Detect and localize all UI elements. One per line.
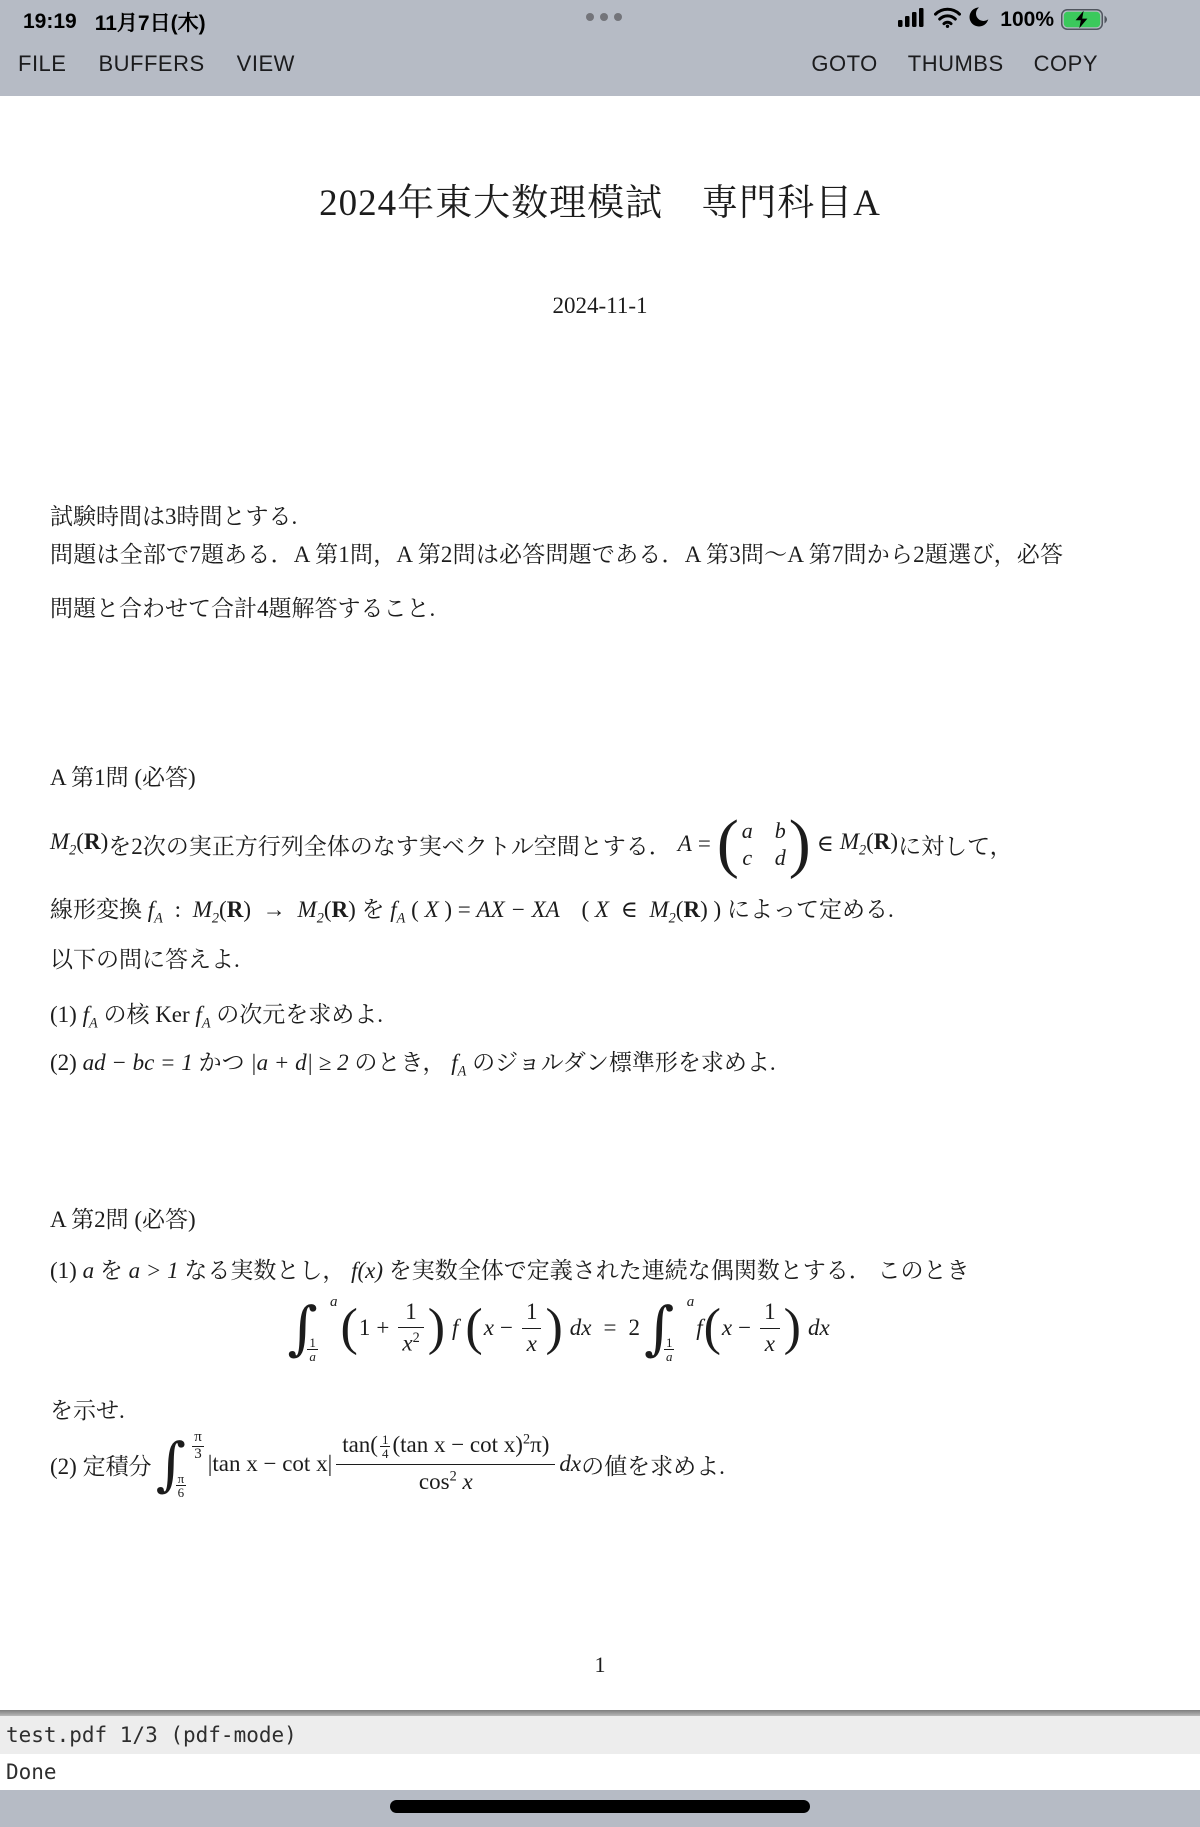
problem1-statement-line1: M2(R) を2次の実正方行列全体のなす実ベクトル空間とする． A = ( ab… bbox=[50, 802, 1013, 886]
math-f: f bbox=[452, 1315, 458, 1341]
item-number: (2) 定積分 bbox=[50, 1448, 152, 1481]
problem2-item2: (2) 定積分 ∫ π3 π6 |tan x − cot x| tan(14(t… bbox=[50, 1424, 725, 1504]
math-dx: dx bbox=[570, 1315, 592, 1341]
fraction-1-over-x: 1 x bbox=[522, 1299, 542, 1357]
item-text: かつ bbox=[199, 1050, 251, 1075]
math-M2R: M2(R) bbox=[298, 897, 356, 922]
menu-thumbs[interactable]: THUMBS bbox=[908, 51, 1004, 77]
math-paren: ) bbox=[714, 897, 722, 922]
math-M2R: M2(R) bbox=[840, 829, 898, 860]
item-text: のとき， bbox=[354, 1050, 451, 1075]
document-date: 2024-11-1 bbox=[0, 293, 1200, 319]
problem1-text-5: によって定める. bbox=[727, 897, 894, 922]
math-A: A bbox=[678, 831, 692, 857]
pdf-page[interactable]: 2024年東大数理模試 専門科目A 2024-11-1 試験時間は3時間とする.… bbox=[0, 96, 1200, 1710]
math-f: f bbox=[696, 1315, 702, 1341]
problem1-text-4: を bbox=[362, 897, 391, 922]
page-number: 1 bbox=[0, 1652, 1200, 1678]
integral-sign: ∫ a 1a bbox=[642, 1298, 694, 1358]
math-M2R: M2(R) bbox=[650, 897, 708, 922]
cellular-signal-icon bbox=[898, 7, 927, 33]
math-X: X bbox=[425, 897, 439, 922]
math-a-gt-1: a > 1 bbox=[129, 1258, 179, 1283]
item-number: (1) bbox=[50, 1258, 83, 1283]
math-paren: ( bbox=[581, 897, 589, 922]
menu-goto[interactable]: GOTO bbox=[811, 51, 877, 77]
problem1-heading: A 第1問 (必答) bbox=[50, 759, 196, 792]
menu-copy[interactable]: COPY bbox=[1034, 51, 1098, 77]
big-paren: ( bbox=[704, 1305, 721, 1352]
big-paren: ( bbox=[341, 1305, 358, 1352]
item-number: (2) bbox=[50, 1050, 83, 1075]
instruction-paragraph: 問題は全部で7題ある．A 第1問，A 第2問は必答問題である．A 第3問〜A 第… bbox=[50, 528, 1063, 636]
big-fraction: tan(14(tan x − cot x)2π) cos2 x bbox=[336, 1431, 555, 1497]
math-paren: ( bbox=[411, 897, 419, 922]
problem1-item2: (2) ad − bc = 1 かつ |a + d| ≥ 2 のとき， fA の… bbox=[50, 1044, 776, 1081]
math-fA: fA bbox=[148, 897, 163, 922]
item-text: の核 Ker bbox=[103, 1002, 189, 1027]
math-fA: fA bbox=[83, 1002, 98, 1027]
math-1: 1 bbox=[359, 1315, 371, 1341]
math-fx: f(x) bbox=[351, 1258, 383, 1283]
math-in-symbol: ∈ bbox=[621, 897, 638, 922]
menu-file[interactable]: FILE bbox=[18, 51, 66, 77]
math-minus: − bbox=[500, 1315, 513, 1341]
menu-buffers[interactable]: BUFFERS bbox=[98, 51, 204, 77]
matrix-2x2: ab cd bbox=[739, 818, 789, 871]
math-colon: : bbox=[175, 897, 181, 922]
math-x: x bbox=[484, 1315, 494, 1341]
math-paren-eq: ) = bbox=[444, 897, 476, 922]
math-in-symbol: ∈ bbox=[817, 831, 834, 857]
problem2-heading: A 第2問 (必答) bbox=[50, 1201, 196, 1234]
item-text: の値を求めよ. bbox=[581, 1448, 725, 1481]
math-M2R: M2(R) bbox=[50, 829, 108, 860]
emacs-echo-area: Done bbox=[0, 1754, 1200, 1790]
item-text: のジョルダン標準形を求めよ. bbox=[472, 1050, 776, 1075]
math-minus: − bbox=[738, 1315, 751, 1341]
math-equals: = bbox=[604, 1315, 617, 1341]
matrix-right-paren: ) bbox=[789, 814, 811, 873]
big-paren: ) bbox=[545, 1305, 562, 1352]
math-X: X bbox=[595, 897, 609, 922]
instruction-line-1: 試験時間は3時間とする. bbox=[50, 498, 297, 531]
multitask-dots-icon[interactable] bbox=[586, 13, 622, 21]
screen: 19:19 11月7日(木) bbox=[0, 0, 1200, 1827]
math-a: a bbox=[83, 1258, 95, 1283]
item-text: を bbox=[100, 1258, 129, 1283]
big-paren: ) bbox=[784, 1305, 801, 1352]
battery-percent: 100% bbox=[1000, 8, 1054, 32]
math-M2R: M2(R) bbox=[193, 897, 251, 922]
status-bar: 19:19 11月7日(木) bbox=[0, 0, 1200, 37]
math-equals: = bbox=[698, 831, 711, 857]
wifi-icon bbox=[934, 7, 961, 33]
display-equation: ∫ a 1a ( 1 + 1 x2 ) f ( x − 1 x ) dx = 2 bbox=[50, 1290, 1063, 1366]
menu-view[interactable]: VIEW bbox=[237, 51, 295, 77]
math-abs-tan-cot: |tan x − cot x| bbox=[208, 1451, 332, 1477]
problem1-item1: (1) fA の核 Ker fA の次元を求めよ. bbox=[50, 996, 383, 1033]
fraction-1-over-x: 1 x bbox=[760, 1299, 780, 1357]
matrix-left-paren: ( bbox=[717, 814, 739, 873]
math-fA: fA bbox=[195, 1002, 210, 1027]
menu-bar: FILE BUFFERS VIEW GOTO THUMBS COPY bbox=[0, 37, 1200, 96]
math-dx: dx bbox=[559, 1451, 581, 1477]
math-AX-minus-XA: AX − XA bbox=[477, 897, 560, 922]
problem1-text-1: を2次の実正方行列全体のなす実ベクトル空間とする． bbox=[108, 828, 672, 861]
fraction-1-over-x2: 1 x2 bbox=[398, 1299, 423, 1358]
big-paren: ) bbox=[428, 1305, 445, 1352]
big-paren: ( bbox=[465, 1305, 482, 1352]
problem1-statement-line3: 以下の問に答えよ. bbox=[50, 941, 240, 974]
clock: 19:19 bbox=[23, 10, 77, 34]
math-ad-bc: ad − bc = 1 bbox=[83, 1050, 193, 1075]
problem1-statement-line2: 線形変換 fA : M2(R) → M2(R) を fA ( X ) = AX … bbox=[50, 891, 894, 928]
modeline-text: test.pdf 1/3 (pdf-mode) bbox=[6, 1723, 297, 1747]
math-dx: dx bbox=[808, 1315, 830, 1341]
home-indicator[interactable] bbox=[390, 1800, 810, 1813]
math-fA: fA bbox=[451, 1050, 466, 1075]
focus-moon-icon bbox=[968, 6, 990, 33]
item-number: (1) bbox=[50, 1002, 83, 1027]
item-text: の次元を求めよ. bbox=[216, 1002, 383, 1027]
document-title: 2024年東大数理模試 専門科目A bbox=[0, 172, 1200, 226]
item-text: を実数全体で定義された連続な偶関数とする． このとき bbox=[389, 1258, 970, 1283]
math-fA: fA bbox=[390, 897, 405, 922]
integral-sign: ∫ π3 π6 bbox=[154, 1434, 206, 1494]
problem2-show-line: を示せ. bbox=[50, 1392, 125, 1425]
problem1-text-3: 線形変換 bbox=[50, 897, 148, 922]
status-date: 11月7日(木) bbox=[95, 7, 206, 37]
math-abs-a-plus-d: |a + d| ≥ 2 bbox=[250, 1050, 348, 1075]
problem2-item1: (1) a を a > 1 なる実数とし， f(x) を実数全体で定義された連続… bbox=[50, 1252, 970, 1285]
battery-charging-icon bbox=[1061, 9, 1103, 30]
problem1-text-2: に対して， bbox=[898, 828, 1013, 861]
emacs-modeline[interactable]: test.pdf 1/3 (pdf-mode) bbox=[0, 1716, 1200, 1754]
item-text: なる実数とし， bbox=[184, 1258, 351, 1283]
math-arrow: → bbox=[263, 897, 286, 922]
math-2: 2 bbox=[628, 1315, 640, 1341]
math-plus: + bbox=[376, 1315, 389, 1341]
math-x: x bbox=[722, 1315, 732, 1341]
bottom-bar bbox=[0, 1790, 1200, 1827]
integral-sign: ∫ a 1a bbox=[285, 1298, 337, 1358]
echo-text: Done bbox=[6, 1760, 57, 1784]
